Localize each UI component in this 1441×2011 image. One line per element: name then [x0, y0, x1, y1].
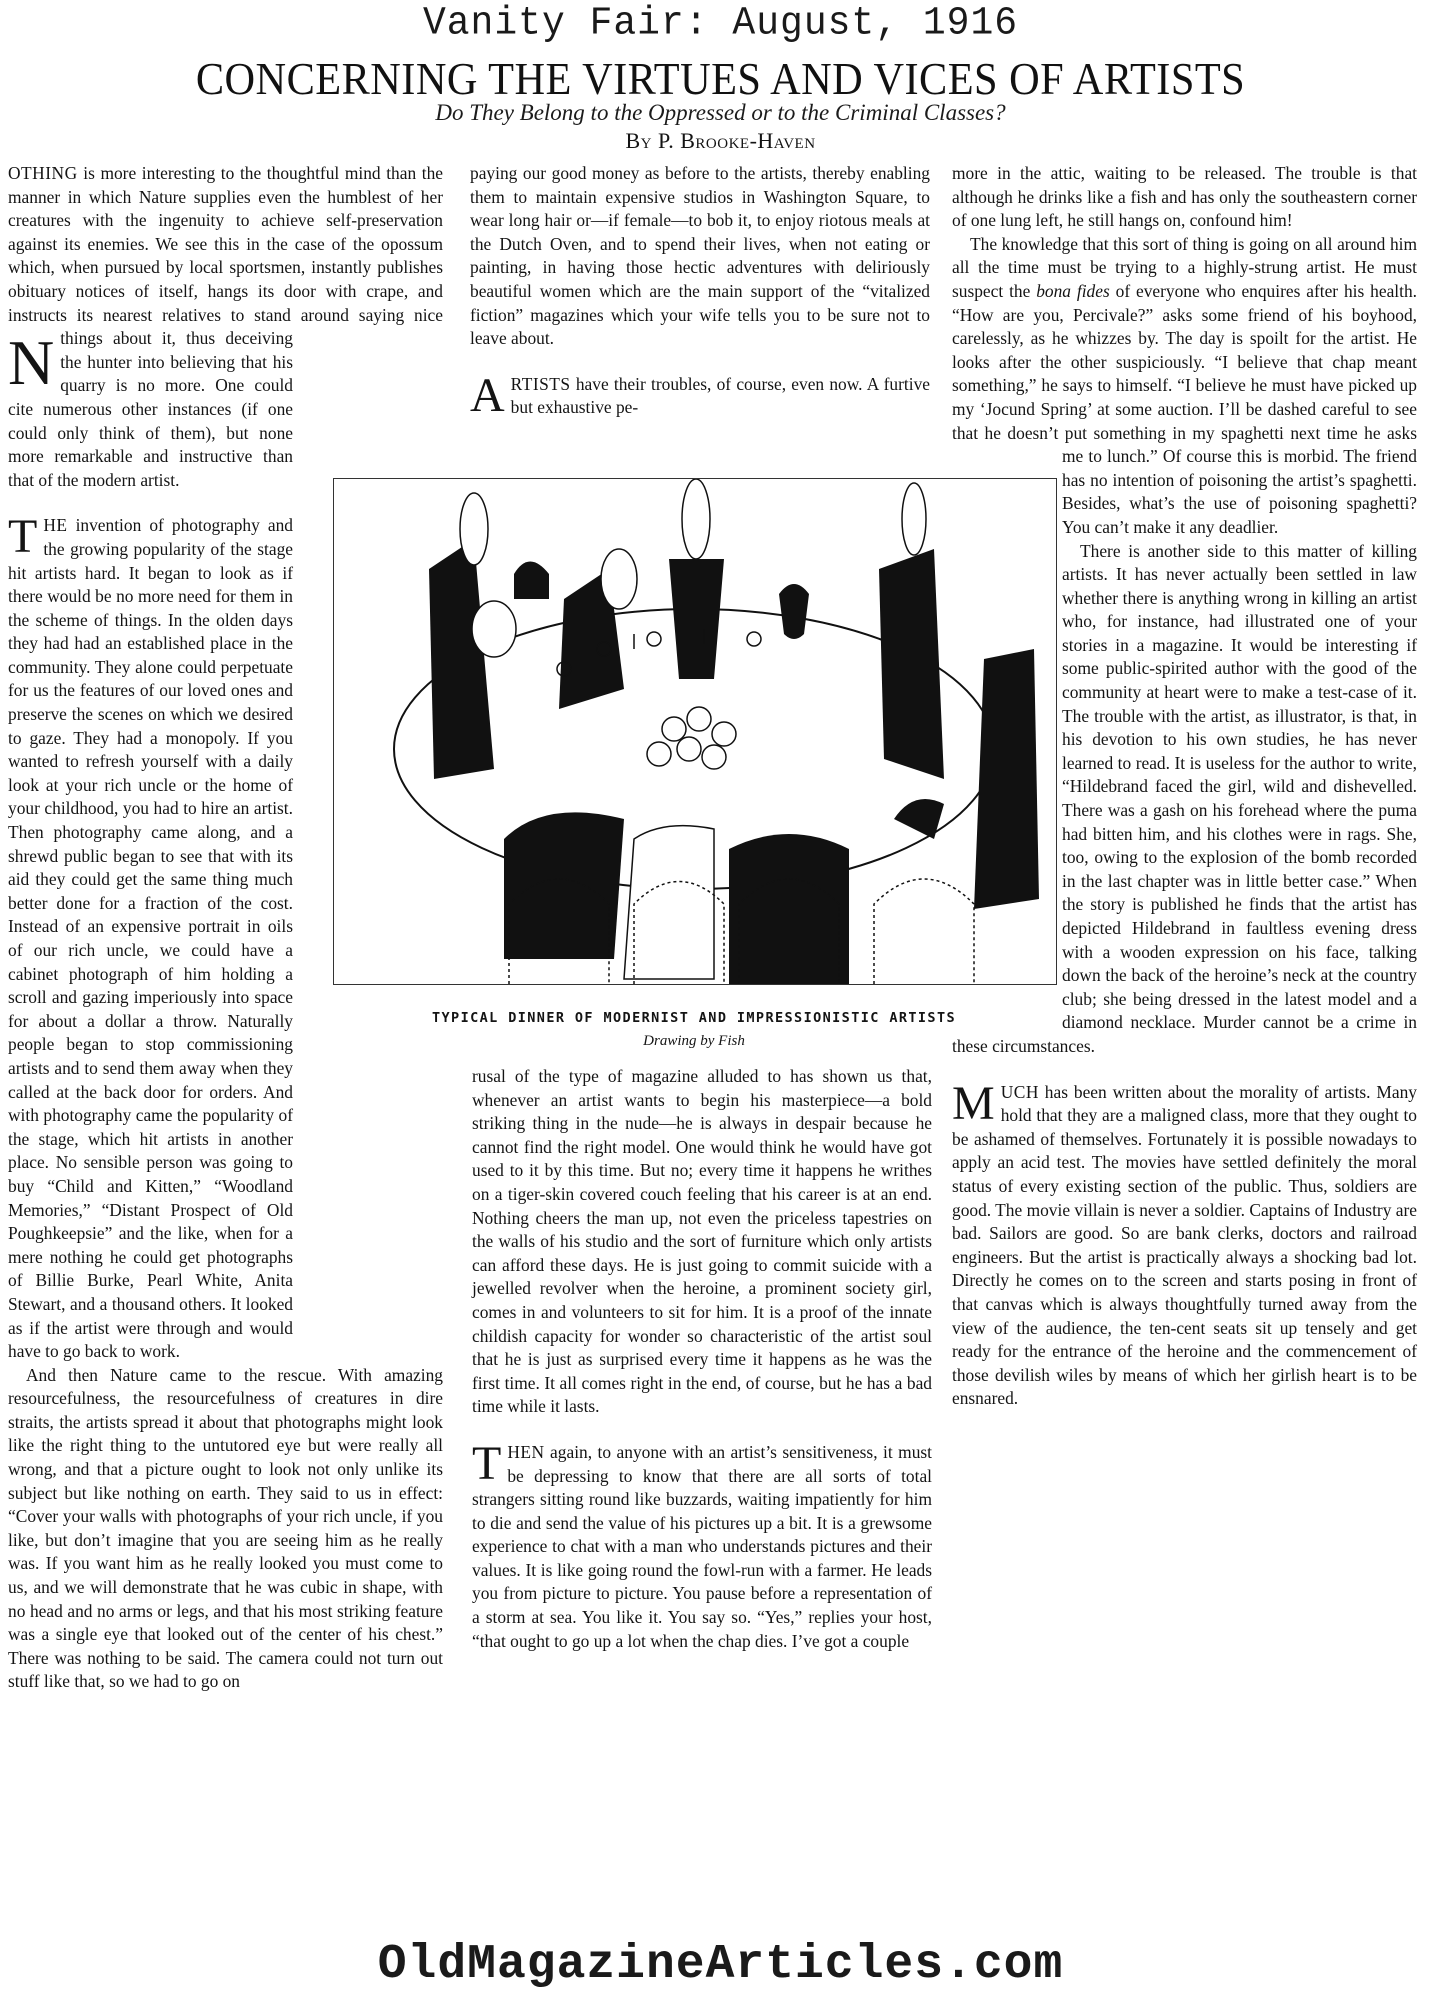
article-subtitle: Do They Belong to the Oppressed or to th… — [0, 100, 1441, 126]
drop-cap: T — [8, 517, 37, 557]
drop-cap: T — [472, 1444, 501, 1484]
paragraph: rusal of the type of magazine alluded to… — [472, 1065, 932, 1419]
column-middle-bottom: rusal of the type of magazine alluded to… — [472, 1065, 932, 1653]
column-middle-top: paying our good money as before to the a… — [470, 162, 930, 420]
byline: By P. Brooke-Haven — [0, 128, 1441, 154]
paragraph: ARTISTS have their troubles, of course, … — [470, 373, 930, 420]
figure-caption: TYPICAL DINNER OF MODERNIST AND IMPRESSI… — [333, 1010, 1055, 1026]
site-watermark: OldMagazineArticles.com — [0, 1938, 1441, 1992]
paragraph: paying our good money as before to the a… — [470, 162, 930, 351]
paragraph: MUCH has been written about the morality… — [952, 1081, 1417, 1411]
figure-credit: Drawing by Fish — [333, 1033, 1055, 1050]
paragraph: THEN again, to anyone with an artist’s s… — [472, 1441, 932, 1653]
paragraph: more in the attic, waiting to be release… — [952, 162, 1417, 233]
drop-cap: N — [8, 336, 54, 390]
column-right: more in the attic, waiting to be release… — [952, 162, 1417, 1411]
masthead: Vanity Fair: August, 1916 — [0, 1, 1441, 46]
illustration — [333, 478, 1057, 985]
drop-cap: M — [952, 1084, 995, 1124]
drop-cap: A — [470, 376, 505, 416]
paragraph: And then Nature came to the rescue. With… — [8, 1364, 443, 1694]
dinner-party-drawing-icon — [334, 479, 1056, 984]
article-title: CONCERNING THE VIRTUES AND VICES OF ARTI… — [58, 52, 1384, 105]
